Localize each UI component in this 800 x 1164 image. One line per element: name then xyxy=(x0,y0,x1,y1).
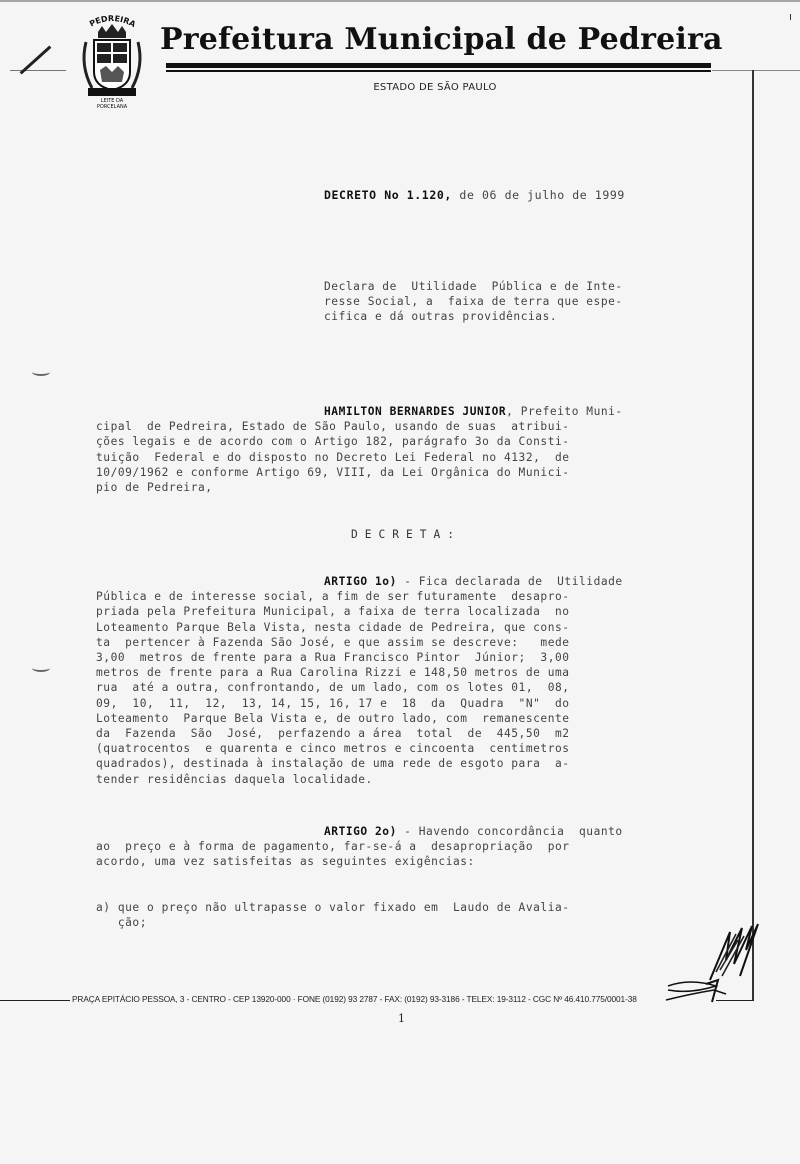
article-1-first-line: - Fica declarada de Utilidade xyxy=(397,575,623,588)
punch-hole-mark xyxy=(32,664,50,672)
decree-number: DECRETO No 1.120, xyxy=(324,188,452,202)
article-2-label: ARTIGO 2o) xyxy=(324,825,397,838)
article-1-body: Pública e de interesse social, a fim de … xyxy=(96,590,570,785)
margin-line xyxy=(10,70,66,71)
svg-text:PORCELANA: PORCELANA xyxy=(97,104,128,110)
article-2-first-line: - Havendo concordância quanto xyxy=(397,825,623,838)
mayor-name: HAMILTON BERNARDES JUNIOR xyxy=(324,405,506,418)
signature-mark xyxy=(660,920,770,1010)
footer-rule-right xyxy=(716,1000,754,1001)
decree-heading: DECRETO No 1.120, de 06 de julho de 1999 xyxy=(324,188,625,203)
decree-summary: Declara de Utilidade Pública e de Inte- … xyxy=(324,279,623,325)
decree-date: de 06 de julho de 1999 xyxy=(452,188,625,202)
article-2: ARTIGO 2o) - Havendo concordância quanto… xyxy=(96,824,623,870)
article-1: ARTIGO 1o) - Fica declarada de Utilidade… xyxy=(96,574,623,787)
footer-rule-left xyxy=(0,1000,70,1001)
coat-of-arms-icon: PEDREIRA LEITE DA PORCELANA xyxy=(76,10,148,110)
article-1-label: ARTIGO 1o) xyxy=(324,575,397,588)
article-2-body: ao preço e à forma de pagamento, far-se-… xyxy=(96,840,570,868)
preamble-first-line: , Prefeito Muni- xyxy=(506,405,623,418)
page-number: 1 xyxy=(398,1012,405,1025)
state-subtitle: ESTADO DE SÃO PAULO xyxy=(0,82,800,93)
scan-mark xyxy=(790,14,791,20)
scan-top-edge xyxy=(0,0,800,2)
preamble: HAMILTON BERNARDES JUNIOR, Prefeito Muni… xyxy=(96,404,623,495)
preamble-body: cipal de Pedreira, Estado de São Paulo, … xyxy=(96,420,570,494)
page-title: Prefeitura Municipal de Pedreira xyxy=(160,22,723,57)
decreta-heading: DECRETA: xyxy=(0,527,800,542)
header-rule-thin xyxy=(166,70,711,72)
footer-address: PRAÇA EPITÁCIO PESSOA, 3 - CENTRO - CEP … xyxy=(72,994,637,1004)
item-a: a) que o preço não ultrapasse o valor fi… xyxy=(96,900,570,930)
punch-hole-mark xyxy=(32,368,50,376)
header-rule-extension xyxy=(712,70,800,71)
header-rule-thick xyxy=(166,63,711,68)
